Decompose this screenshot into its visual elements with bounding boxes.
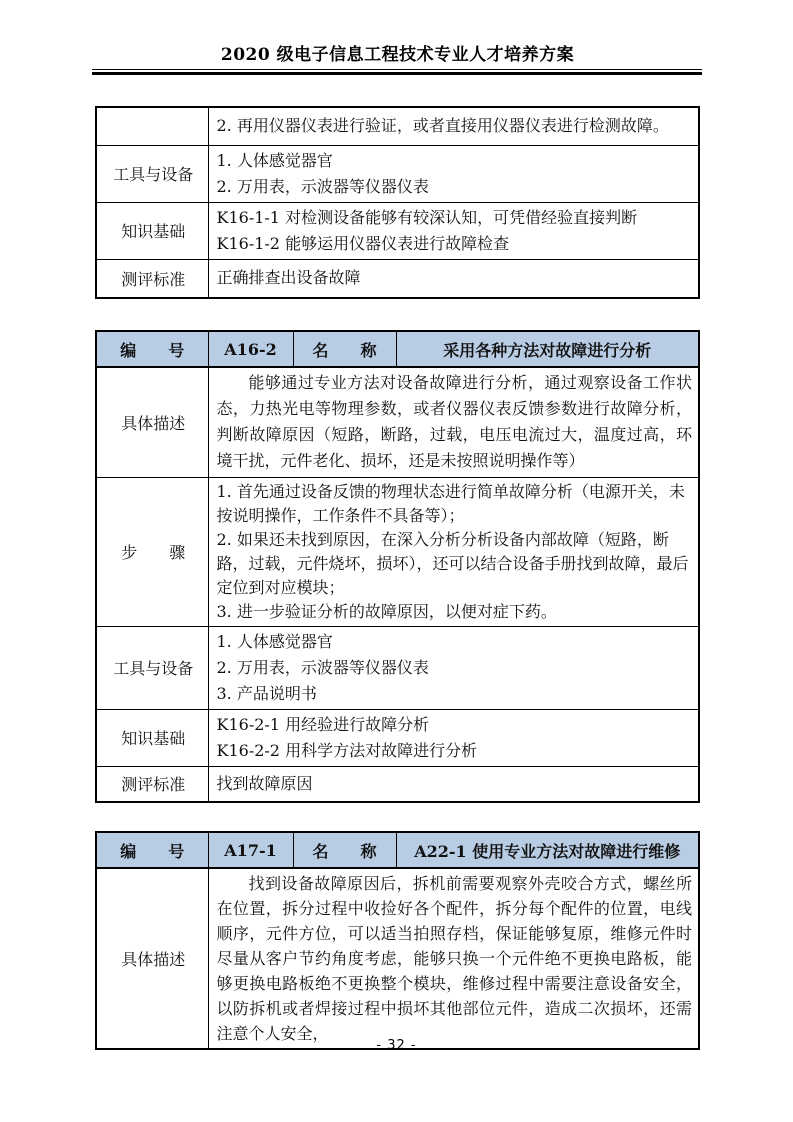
row-content: 1. 人体感觉器官2. 万用表，示波器等仪器仪表 <box>208 145 699 202</box>
row-content: 2. 再用仪器仪表进行验证，或者直接用仪器仪表进行检测故障。 <box>208 107 699 145</box>
page-content: 2020 级电子信息工程技术专业人才培养方案 2. 再用仪器仪表进行验证，或者直… <box>95 0 700 1122</box>
row-label <box>96 107 208 145</box>
table-row: 测评标准正确排查出设备故障 <box>96 259 699 298</box>
row-content: K16-2-1 用经验进行故障分析K16-2-2 用科学方法对故障进行分析 <box>208 709 699 766</box>
row-label: 知识基础 <box>96 709 208 766</box>
content-paragraph: 1. 人体感觉器官 <box>217 629 693 655</box>
content-paragraph: K16-2-2 用科学方法对故障进行分析 <box>217 738 693 764</box>
table-row: 知识基础K16-1-1 对检测设备能够有较深认知，可凭借经验直接判断K16-1-… <box>96 202 699 259</box>
row-content: 1. 首先通过设备反馈的物理状态进行简单故障分析（电源开关，未按说明操作，工作条… <box>208 477 699 626</box>
table-row: 工具与设备1. 人体感觉器官2. 万用表，示波器等仪器仪表3. 产品说明书 <box>96 626 699 709</box>
task-table-a17-1: 编 号 A17-1 名 称 A22-1 使用专业方法对故障进行维修 具体描述找到… <box>95 831 700 1050</box>
row-label: 知识基础 <box>96 202 208 259</box>
content-paragraph: 找到故障原因 <box>217 771 693 797</box>
header-name-label: 名 称 <box>293 331 396 367</box>
header-name-value: 采用各种方法对故障进行分析 <box>396 331 699 367</box>
content-paragraph: 3. 进一步验证分析的故障原因，以便对症下药。 <box>217 600 693 624</box>
header-id-value: A16-2 <box>208 331 293 367</box>
content-paragraph: 能够通过专业方法对设备故障进行分析，通过观察设备工作状态，力热光电等物理参数，或… <box>217 370 693 474</box>
row-label: 工具与设备 <box>96 145 208 202</box>
page-number: - 32 - <box>0 1038 793 1053</box>
table-row: 2. 再用仪器仪表进行验证，或者直接用仪器仪表进行检测故障。 <box>96 107 699 145</box>
header-name-label: 名 称 <box>293 832 396 868</box>
row-label: 测评标准 <box>96 766 208 802</box>
content-paragraph: 2. 万用表，示波器等仪器仪表 <box>217 174 693 200</box>
row-label: 具体描述 <box>96 868 208 1049</box>
row-label: 工具与设备 <box>96 626 208 709</box>
header-id-value: A17-1 <box>208 832 293 868</box>
table-row: 具体描述找到设备故障原因后，拆机前需要观察外壳咬合方式，螺丝所在位置，拆分过程中… <box>96 868 699 1049</box>
table-row: 具体描述能够通过专业方法对设备故障进行分析，通过观察设备工作状态，力热光电等物理… <box>96 367 699 477</box>
header-divider-rule <box>92 69 702 75</box>
content-paragraph: 1. 首先通过设备反馈的物理状态进行简单故障分析（电源开关，未按说明操作，工作条… <box>217 480 693 528</box>
content-paragraph: 1. 人体感觉器官 <box>217 148 693 174</box>
table-header-row: 编 号 A17-1 名 称 A22-1 使用专业方法对故障进行维修 <box>96 832 699 868</box>
task-table-a16-2: 编 号 A16-2 名 称 采用各种方法对故障进行分析 具体描述能够通过专业方法… <box>95 330 700 803</box>
content-paragraph: 2. 如果还未找到原因，在深入分析分析设备内部故障（短路，断路，过载，元件烧坏，… <box>217 528 693 600</box>
content-paragraph: 正确排查出设备故障 <box>217 265 693 291</box>
page-title: 2020 级电子信息工程技术专业人才培养方案 <box>95 40 700 65</box>
row-label: 具体描述 <box>96 367 208 477</box>
table-row: 测评标准找到故障原因 <box>96 766 699 802</box>
content-paragraph: 2. 万用表，示波器等仪器仪表 <box>217 655 693 681</box>
content-paragraph: 2. 再用仪器仪表进行验证，或者直接用仪器仪表进行检测故障。 <box>217 113 693 139</box>
table-row: 工具与设备1. 人体感觉器官2. 万用表，示波器等仪器仪表 <box>96 145 699 202</box>
row-label: 测评标准 <box>96 259 208 298</box>
task-table-continuation: 2. 再用仪器仪表进行验证，或者直接用仪器仪表进行检测故障。工具与设备1. 人体… <box>95 106 700 299</box>
row-content: 1. 人体感觉器官2. 万用表，示波器等仪器仪表3. 产品说明书 <box>208 626 699 709</box>
row-label: 步 骤 <box>96 477 208 626</box>
content-paragraph: 找到设备故障原因后，拆机前需要观察外壳咬合方式，螺丝所在位置，拆分过程中收捡好各… <box>217 871 693 1046</box>
document-page: 2020 级电子信息工程技术专业人才培养方案 2. 再用仪器仪表进行验证，或者直… <box>0 0 793 1122</box>
header-id-label: 编 号 <box>96 331 208 367</box>
table-header-row: 编 号 A16-2 名 称 采用各种方法对故障进行分析 <box>96 331 699 367</box>
row-content: 找到故障原因 <box>208 766 699 802</box>
table-row: 知识基础K16-2-1 用经验进行故障分析K16-2-2 用科学方法对故障进行分… <box>96 709 699 766</box>
row-content: 正确排查出设备故障 <box>208 259 699 298</box>
row-content: 能够通过专业方法对设备故障进行分析，通过观察设备工作状态，力热光电等物理参数，或… <box>208 367 699 477</box>
row-content: 找到设备故障原因后，拆机前需要观察外壳咬合方式，螺丝所在位置，拆分过程中收捡好各… <box>208 868 699 1049</box>
table-row: 步 骤1. 首先通过设备反馈的物理状态进行简单故障分析（电源开关，未按说明操作，… <box>96 477 699 626</box>
header-name-value: A22-1 使用专业方法对故障进行维修 <box>396 832 699 868</box>
content-paragraph: K16-1-1 对检测设备能够有较深认知，可凭借经验直接判断 <box>217 205 693 231</box>
content-paragraph: K16-2-1 用经验进行故障分析 <box>217 712 693 738</box>
content-paragraph: 3. 产品说明书 <box>217 681 693 707</box>
header-id-label: 编 号 <box>96 832 208 868</box>
content-paragraph: K16-1-2 能够运用仪器仪表进行故障检查 <box>217 231 693 257</box>
row-content: K16-1-1 对检测设备能够有较深认知，可凭借经验直接判断K16-1-2 能够… <box>208 202 699 259</box>
